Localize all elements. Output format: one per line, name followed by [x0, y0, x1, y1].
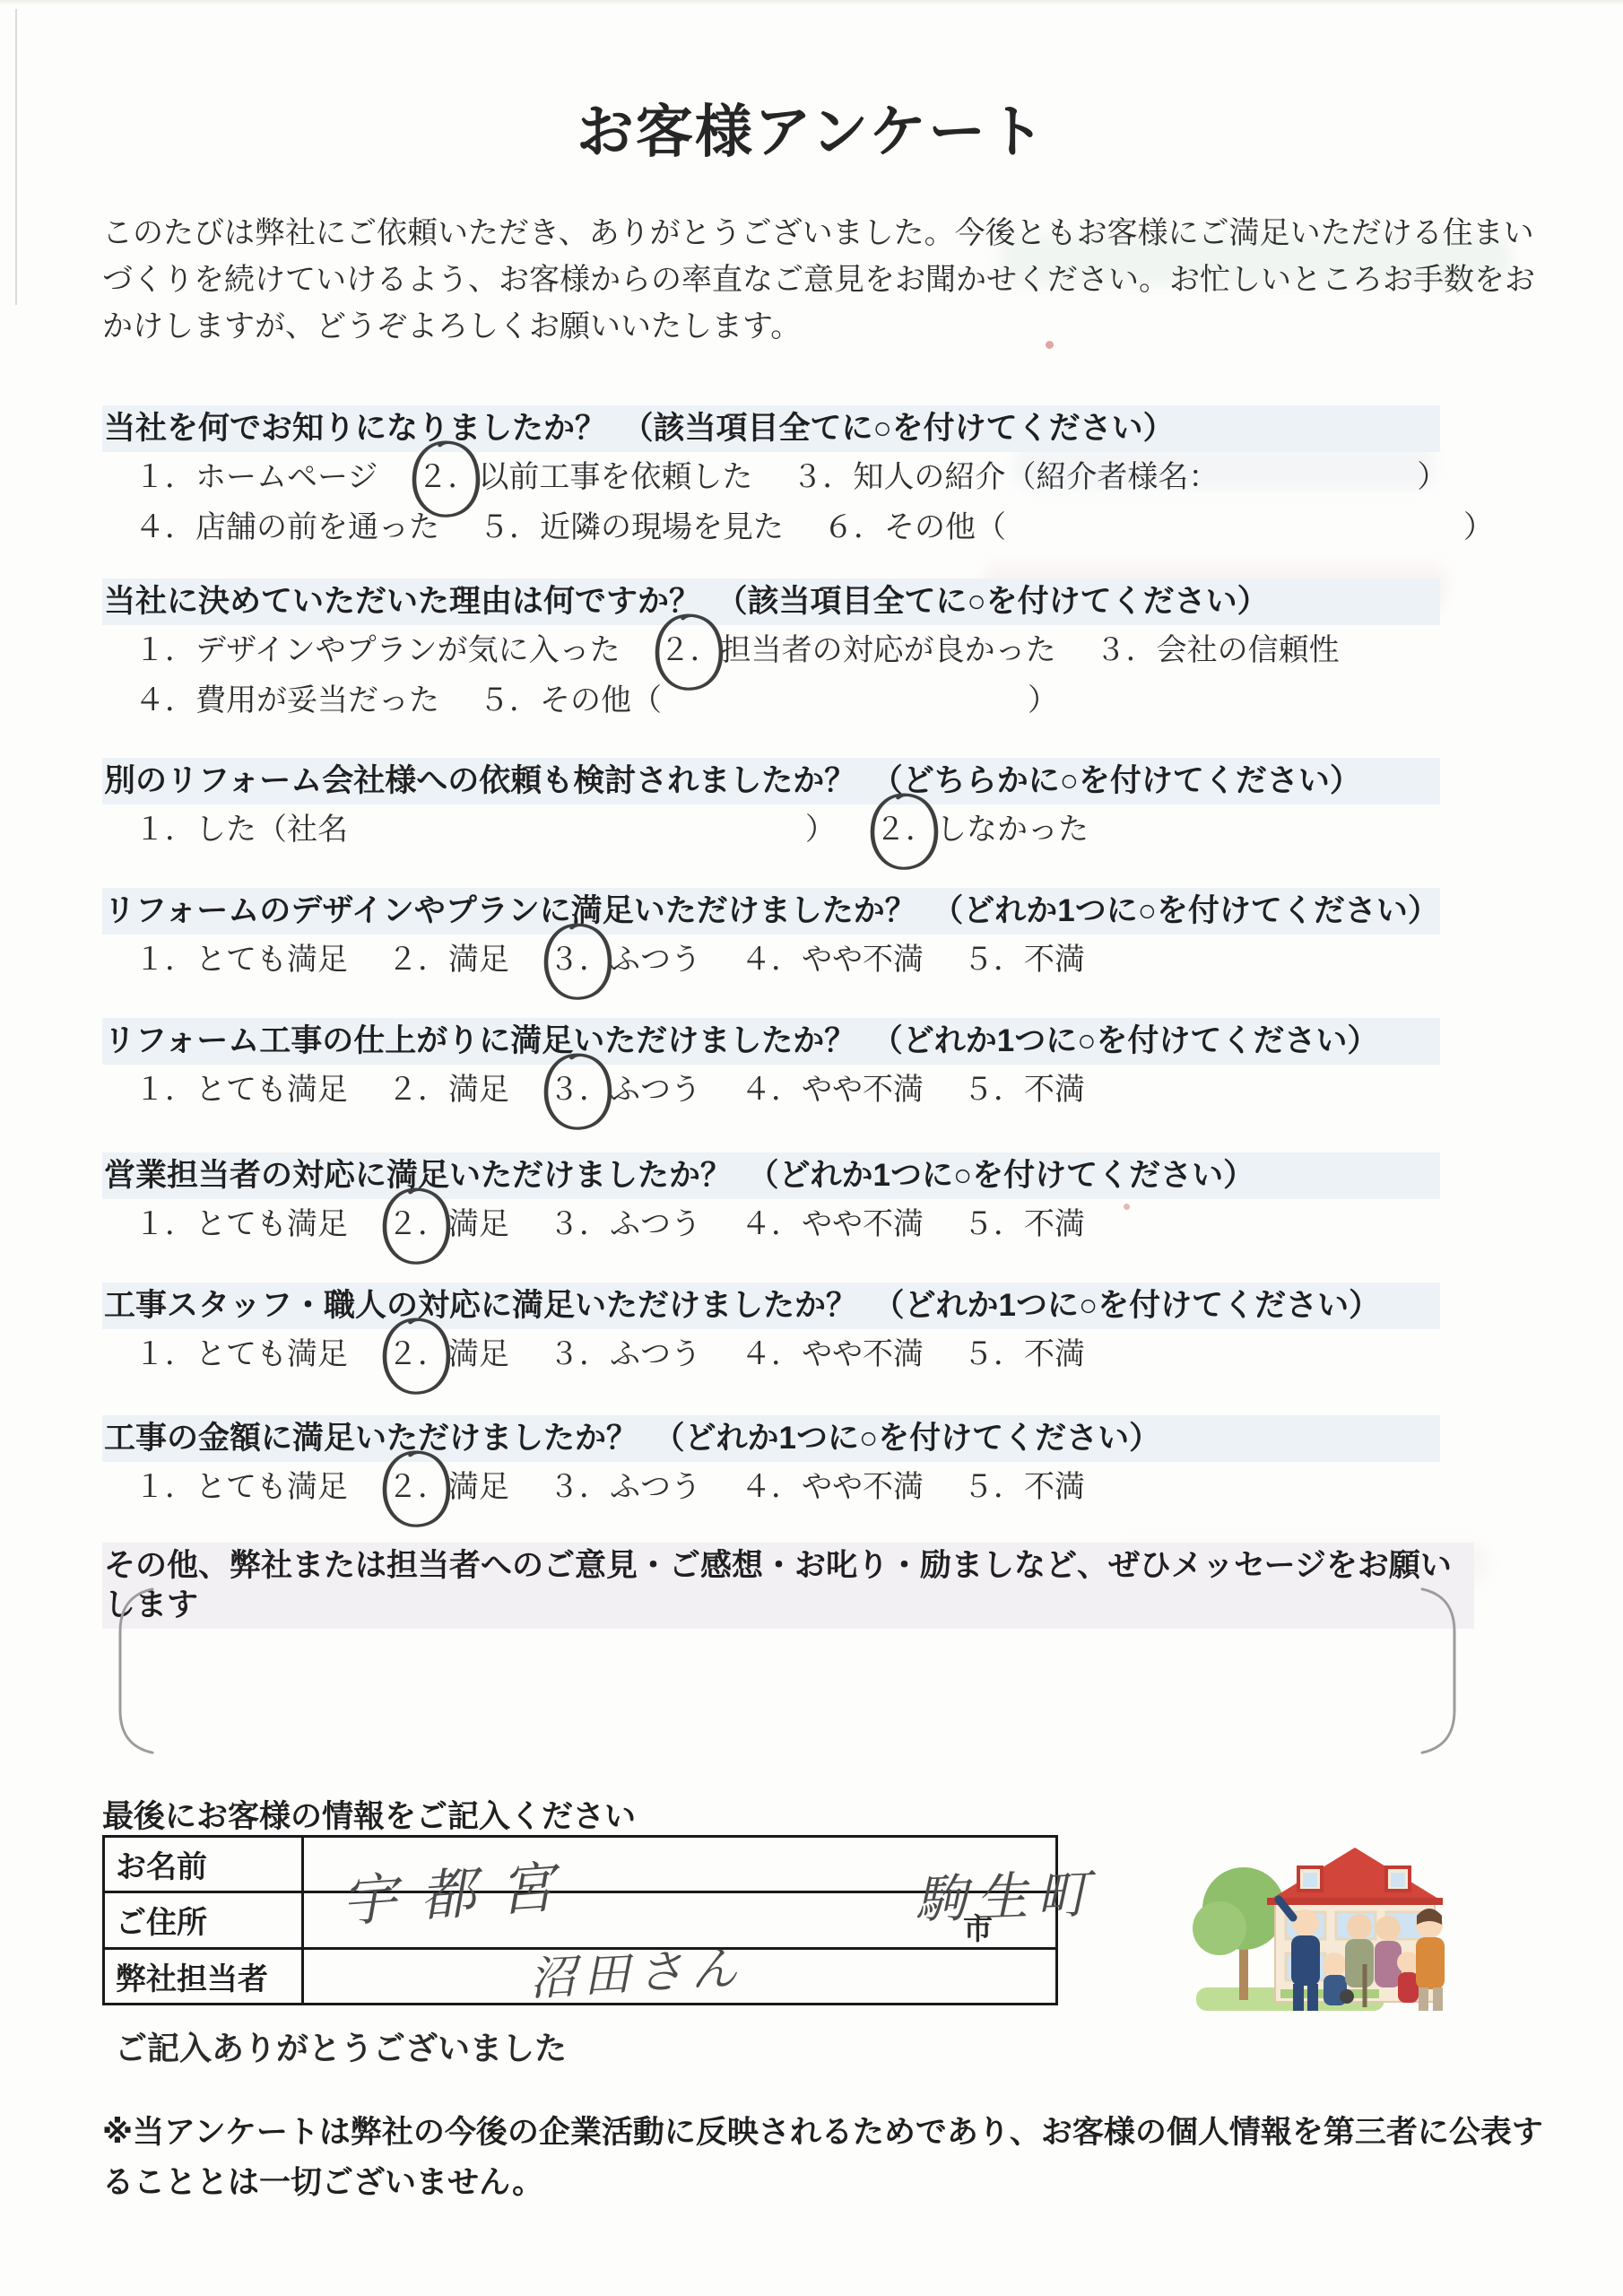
option-number: ４．: [135, 502, 195, 552]
answer-option: ３．ふつう: [549, 1329, 701, 1379]
answer-option: １．とても満足: [135, 1199, 348, 1249]
answer-option: １．とても満足: [135, 935, 348, 985]
option-text: 以前工事を依頼した: [478, 460, 752, 494]
option-number: ５．: [479, 502, 540, 552]
answer-option: ３．知人の紹介（紹介者様名： ）: [792, 452, 1447, 502]
option-number: ４．: [741, 935, 802, 985]
option-text: 満足: [448, 1337, 509, 1371]
option-number: ２．: [417, 452, 478, 502]
answer-option: ５．近隣の現場を見た: [479, 502, 784, 552]
address-label: ご住所: [104, 1892, 303, 1948]
option-number: １．: [135, 804, 195, 855]
answer-option: １．デザインやプランが気に入った: [135, 625, 621, 675]
left-bracket-icon: [115, 1586, 156, 1756]
option-number: ３．: [549, 1199, 610, 1249]
option-number: ５．: [963, 1065, 1024, 1115]
option-number: １．: [135, 935, 195, 985]
answer-option: ４．やや不満: [741, 1329, 924, 1379]
option-text: やや不満: [802, 1470, 924, 1504]
name-label: お名前: [104, 1837, 303, 1892]
option-text: とても満足: [195, 1470, 348, 1504]
option-line: ４．費用が妥当だった５．その他（ ）: [102, 675, 1573, 726]
option-number: １．: [135, 452, 195, 502]
answer-option: ２．満足: [387, 1462, 509, 1512]
option-number: ３．: [549, 1462, 610, 1512]
question-block: 別のリフォーム会社様への依頼も検討されましたか？ （どちらかに○を付けてください…: [102, 758, 1573, 855]
question-header: 営業担当者の対応に満足いただけましたか？ （どれか1つに○を付けてください）: [102, 1152, 1440, 1199]
staff-value: [303, 1948, 1057, 2004]
answer-option: １．ホームページ: [135, 452, 378, 502]
option-number: １．: [135, 1199, 195, 1249]
answer-option: ２．担当者の対応が良かった: [660, 625, 1056, 675]
option-text: 店舗の前を通った: [195, 510, 439, 544]
option-number: ５．: [963, 1199, 1024, 1249]
option-line: １．した（社名 ）２．しなかった: [102, 804, 1573, 855]
option-number: ５．: [479, 675, 540, 726]
option-number: １．: [135, 1065, 195, 1115]
question-block: 当社を何でお知りになりましたか？ （該当項目全てに○を付けてください）１．ホーム…: [102, 405, 1573, 552]
option-text: ふつう: [610, 943, 701, 977]
option-number: ３．: [549, 1065, 610, 1115]
answer-option: ３．ふつう: [549, 1462, 701, 1512]
answer-option: １．とても満足: [135, 1329, 348, 1379]
option-number: １．: [135, 625, 195, 675]
question-header: 工事の金額に満足いただけましたか？ （どれか1つに○を付けてください）: [102, 1415, 1440, 1462]
answer-option: ２．満足: [387, 1329, 509, 1379]
option-number: ５．: [963, 1329, 1024, 1379]
option-text: 不満: [1024, 943, 1085, 977]
family-house-illustration: [1193, 1812, 1515, 2063]
answer-option: ５．不満: [963, 1329, 1085, 1379]
option-text: とても満足: [195, 1073, 348, 1107]
thanks-note: ご記入ありがとうございました: [115, 2023, 567, 2069]
question-block: 工事の金額に満足いただけましたか？ （どれか1つに○を付けてください）１．とても…: [102, 1415, 1573, 1512]
question-block: リフォームのデザインやプランに満足いただけましたか？ （どれか1つに○を付けてく…: [102, 888, 1573, 985]
option-text: やや不満: [802, 1207, 924, 1241]
option-text: 会社の信頼性: [1157, 633, 1340, 667]
option-number: ４．: [741, 1329, 802, 1379]
table-row: ご住所 市 区: [104, 1892, 1057, 1948]
right-bracket-icon: [1419, 1586, 1460, 1756]
answer-option: ４．やや不満: [741, 1065, 924, 1115]
name-value: [303, 1837, 1057, 1892]
option-number: ６．: [823, 502, 884, 552]
option-text: やや不満: [802, 1337, 924, 1371]
option-number: ２．: [387, 1329, 448, 1379]
option-line: ４．店舗の前を通った５．近隣の現場を見た６．その他（ ）: [102, 502, 1573, 552]
option-number: ５．: [963, 935, 1024, 985]
option-text: やや不満: [802, 1073, 924, 1107]
option-text: その他（ ）: [884, 510, 1494, 544]
option-number: ２．: [387, 1199, 448, 1249]
option-text: 不満: [1024, 1337, 1085, 1371]
question-header: 当社を何でお知りになりましたか？ （該当項目全てに○を付けてください）: [102, 405, 1440, 452]
option-number: ４．: [741, 1065, 802, 1115]
option-text: とても満足: [195, 1207, 348, 1241]
staff-label: 弊社担当者: [104, 1948, 303, 2004]
answer-option: ２．以前工事を依頼した: [417, 452, 752, 502]
answer-option: ５．不満: [963, 1462, 1085, 1512]
message-writing-area: [115, 1586, 1460, 1756]
page-title: お客様アンケート: [0, 86, 1623, 169]
answer-option: ２．しなかった: [875, 804, 1089, 855]
answer-option: ６．その他（ ）: [823, 502, 1494, 552]
answer-option: ２．満足: [387, 1199, 509, 1249]
answer-option: ２．満足: [387, 1065, 509, 1115]
option-line: １．とても満足２．満足３．ふつう４．やや不満５．不満: [102, 1462, 1573, 1512]
question-block: リフォーム工事の仕上がりに満足いただけましたか？ （どれか1つに○を付けてくださ…: [102, 1018, 1573, 1115]
option-number: ２．: [387, 935, 448, 985]
option-line: １．とても満足２．満足３．ふつう４．やや不満５．不満: [102, 1065, 1573, 1115]
option-text: ふつう: [610, 1073, 701, 1107]
question-block: 営業担当者の対応に満足いただけましたか？ （どれか1つに○を付けてください）１．…: [102, 1152, 1573, 1249]
option-line: １．とても満足２．満足３．ふつう４．やや不満５．不満: [102, 1329, 1573, 1379]
option-number: ３．: [792, 452, 853, 502]
option-number: ３．: [1096, 625, 1157, 675]
answer-option: ３．ふつう: [549, 1199, 701, 1249]
option-text: 満足: [448, 1073, 509, 1107]
option-text: 知人の紹介（紹介者様名： ）: [853, 460, 1447, 494]
option-text: 不満: [1024, 1207, 1085, 1241]
option-text: 費用が妥当だった: [195, 683, 439, 717]
option-text: とても満足: [195, 943, 348, 977]
customer-info-header: 最後にお客様の情報をご記入ください: [102, 1792, 636, 1837]
customer-info-table: お名前 ご住所 市 区 弊社担当者: [102, 1835, 1058, 2005]
question-block: 工事スタッフ・職人の対応に満足いただけましたか？ （どれか1つに○を付けてくださ…: [102, 1283, 1573, 1379]
answer-option: ５．その他（ ）: [479, 675, 1058, 726]
option-line: １．デザインやプランが気に入った２．担当者の対応が良かった３．会社の信頼性: [102, 625, 1573, 675]
table-row: 弊社担当者: [104, 1948, 1057, 2004]
address-value: 市 区: [303, 1892, 1057, 1948]
option-text: 満足: [448, 943, 509, 977]
privacy-note: ※当アンケートは弊社の今後の企業活動に反映されるためであり、お客様の個人情報を第…: [102, 2108, 1555, 2208]
answer-option: ４．やや不満: [741, 935, 924, 985]
option-text: 満足: [448, 1470, 509, 1504]
option-line: １．ホームページ２．以前工事を依頼した３．知人の紹介（紹介者様名： ）: [102, 452, 1573, 502]
option-number: ５．: [963, 1462, 1024, 1512]
intro-paragraph: このたびは弊社にご依頼いただき、ありがとうございました。今後ともお客様にご満足い…: [102, 210, 1544, 350]
question-header: 当社に決めていただいた理由は何ですか？ （該当項目全てに○を付けてください）: [102, 578, 1440, 625]
answer-option: ３．ふつう: [549, 935, 701, 985]
option-text: ホームページ: [195, 460, 378, 494]
answer-option: ３．ふつう: [549, 1065, 701, 1115]
scan-artifact: [0, 0, 1623, 5]
question-header: 工事スタッフ・職人の対応に満足いただけましたか？ （どれか1つに○を付けてくださ…: [102, 1283, 1440, 1329]
answer-option: ４．費用が妥当だった: [135, 675, 439, 726]
option-text: やや不満: [802, 943, 924, 977]
question-header: 別のリフォーム会社様への依頼も検討されましたか？ （どちらかに○を付けてください…: [102, 758, 1440, 804]
answer-option: ４．やや不満: [741, 1462, 924, 1512]
answer-option: ２．満足: [387, 935, 509, 985]
option-text: 担当者の対応が良かった: [721, 633, 1056, 667]
option-number: １．: [135, 1329, 195, 1379]
option-number: ２．: [875, 804, 936, 855]
option-text: その他（ ）: [540, 683, 1058, 717]
printed-city-suffix: 市: [963, 1906, 993, 1948]
option-text: 不満: [1024, 1470, 1085, 1504]
option-line: １．とても満足２．満足３．ふつう４．やや不満５．不満: [102, 1199, 1573, 1249]
option-number: ２．: [387, 1065, 448, 1115]
answer-option: １．とても満足: [135, 1462, 348, 1512]
answer-option: ４．やや不満: [741, 1199, 924, 1249]
option-text: 近隣の現場を見た: [540, 510, 784, 544]
option-number: １．: [135, 1462, 195, 1512]
answer-option: ４．店舗の前を通った: [135, 502, 439, 552]
answer-option: １．した（社名 ）: [135, 804, 836, 855]
option-number: ３．: [549, 1329, 610, 1379]
answer-option: ３．会社の信頼性: [1096, 625, 1340, 675]
option-text: とても満足: [195, 1337, 348, 1371]
option-text: した（社名 ）: [195, 813, 836, 847]
answer-option: ５．不満: [963, 1065, 1085, 1115]
option-number: ２．: [387, 1462, 448, 1512]
option-number: ２．: [660, 625, 721, 675]
option-number: ４．: [741, 1462, 802, 1512]
table-row: お名前: [104, 1837, 1057, 1892]
answer-option: ５．不満: [963, 1199, 1085, 1249]
question-header: リフォームのデザインやプランに満足いただけましたか？ （どれか1つに○を付けてく…: [102, 888, 1440, 935]
option-text: ふつう: [610, 1470, 701, 1504]
option-number: ３．: [549, 935, 610, 985]
answer-option: １．とても満足: [135, 1065, 348, 1115]
survey-scan-page: お客様アンケート このたびは弊社にご依頼いただき、ありがとうございました。今後と…: [0, 0, 1623, 2296]
question-block: 当社に決めていただいた理由は何ですか？ （該当項目全てに○を付けてください）１．…: [102, 578, 1573, 726]
option-line: １．とても満足２．満足３．ふつう４．やや不満５．不満: [102, 935, 1573, 985]
option-number: ４．: [741, 1199, 802, 1249]
option-number: ４．: [135, 675, 195, 726]
question-header: リフォーム工事の仕上がりに満足いただけましたか？ （どれか1つに○を付けてくださ…: [102, 1018, 1440, 1065]
option-text: ふつう: [610, 1207, 701, 1241]
option-text: デザインやプランが気に入った: [195, 633, 621, 667]
option-text: 満足: [448, 1207, 509, 1241]
option-text: 不満: [1024, 1073, 1085, 1107]
option-text: ふつう: [610, 1337, 701, 1371]
option-text: しなかった: [936, 813, 1089, 847]
answer-option: ５．不満: [963, 935, 1085, 985]
